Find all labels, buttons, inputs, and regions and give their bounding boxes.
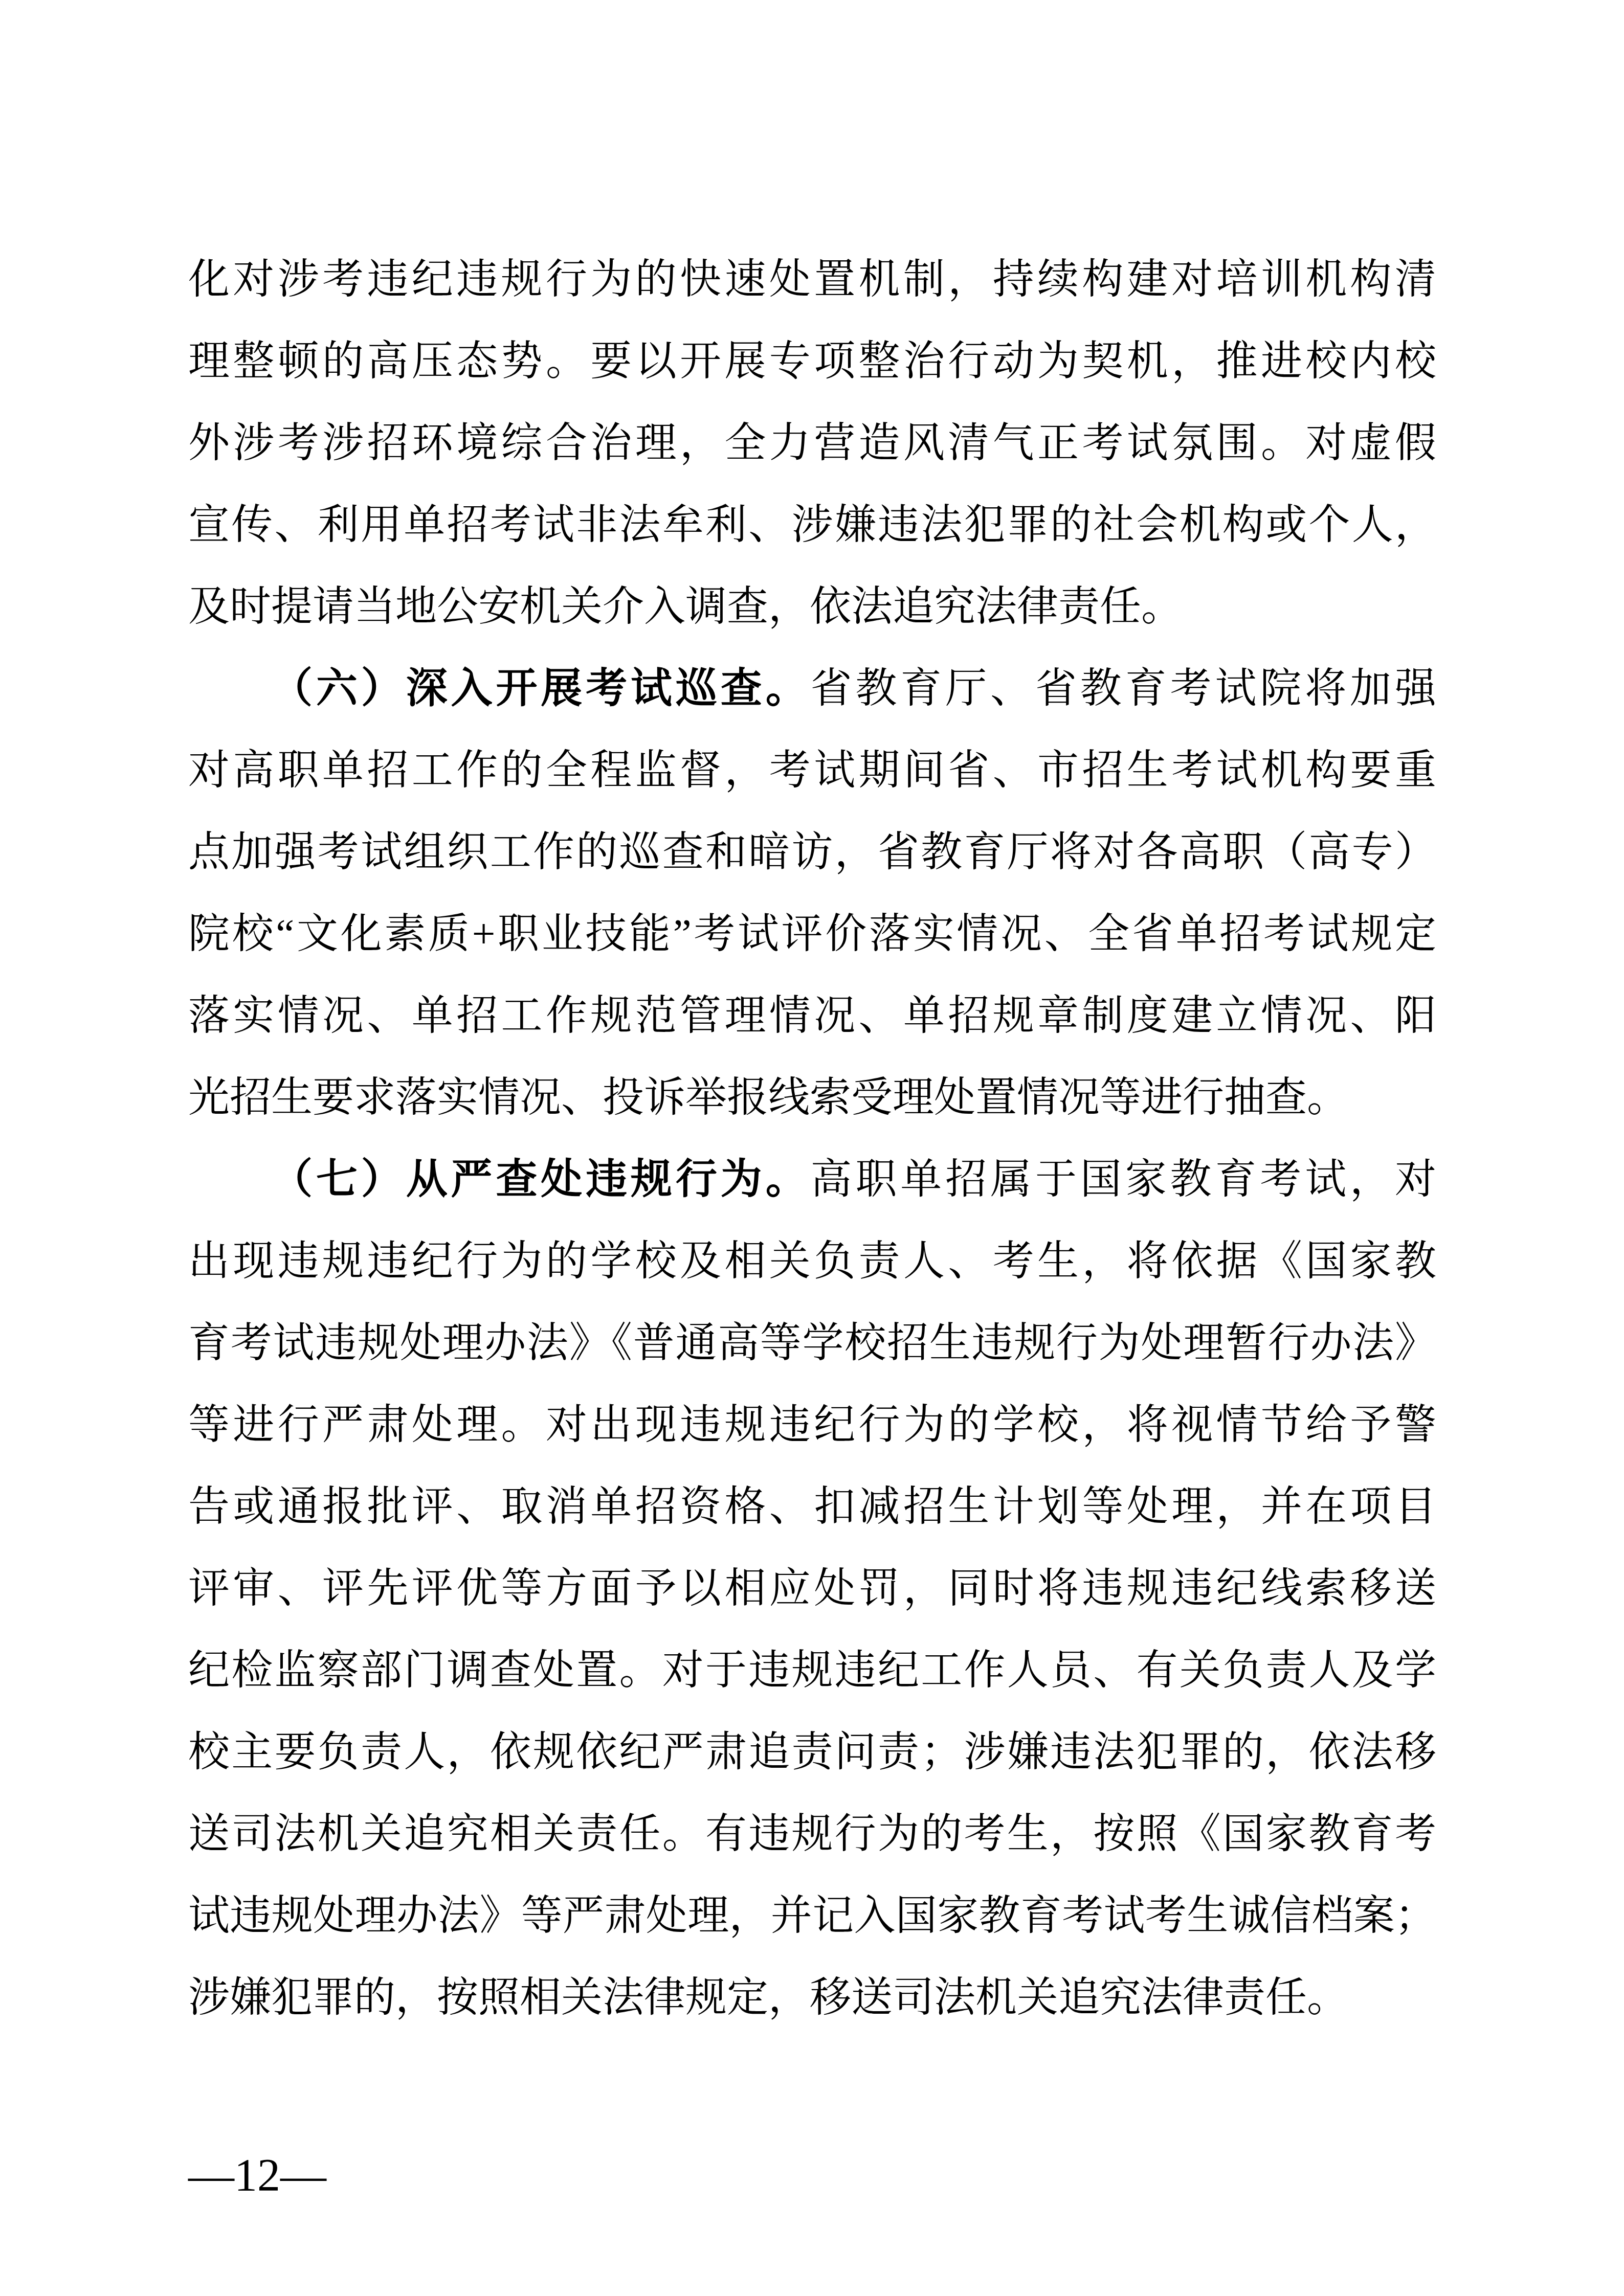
text-line: 外涉考涉招环境综合治理，全力营造风清气正考试氛围。对虚假 [188, 402, 1436, 484]
paragraph-lead-text: （六）深入开展考试巡查。 [271, 665, 811, 711]
text-line: （六）深入开展考试巡查。省教育厅、省教育考试院将加强 [188, 647, 1436, 729]
text-line: 及时提请当地公安机关介入调查，依法追究法律责任。 [188, 566, 1436, 647]
text-line: 光招生要求落实情况、投诉举报线索受理处置情况等进行抽查。 [188, 1056, 1436, 1138]
text-line: 纪检监察部门调查处置。对于违规违纪工作人员、有关负责人及学 [188, 1629, 1436, 1711]
paragraph-text: 送司法机关追究相关责任。有违规行为的考生，按照《国家教育考 [188, 1811, 1436, 1857]
paragraph-text: 省教育厅、省教育考试院将加强 [811, 665, 1436, 711]
text-line: 送司法机关追究相关责任。有违规行为的考生，按照《国家教育考 [188, 1793, 1436, 1875]
document-body: 化对涉考违纪违规行为的快速处置机制，持续构建对培训机构清理整顿的高压态势。要以开… [188, 238, 1436, 2038]
document-page: 化对涉考违纪违规行为的快速处置机制，持续构建对培训机构清理整顿的高压态势。要以开… [0, 0, 1624, 2296]
text-line: 试违规处理办法》等严肃处理，并记入国家教育考试考生诚信档案； [188, 1875, 1436, 1956]
paragraph-text: 理整顿的高压态势。要以开展专项整治行动为契机，推进校内校 [188, 338, 1436, 384]
paragraph-text: 化对涉考违纪违规行为的快速处置机制，持续构建对培训机构清 [188, 256, 1436, 302]
paragraph-text: 外涉考涉招环境综合治理，全力营造风清气正考试氛围。对虚假 [188, 420, 1436, 466]
paragraph-text: 育考试违规处理办法》《普通高等学校招生违规行为处理暂行办法》 [188, 1320, 1436, 1366]
paragraph-text: 告或通报批评、取消单招资格、扣减招生计划等处理，并在项目 [188, 1483, 1436, 1529]
text-line: （七）从严查处违规行为。高职单招属于国家教育考试，对 [188, 1138, 1436, 1220]
page-number: —12— [188, 2140, 326, 2212]
paragraph-text: 宣传、利用单招考试非法牟利、涉嫌违法犯罪的社会机构或个人， [188, 502, 1436, 548]
text-line: 点加强考试组织工作的巡查和暗访，省教育厅将对各高职（高专） [188, 811, 1436, 893]
text-line: 校主要负责人，依规依纪严肃追责问责；涉嫌违法犯罪的，依法移 [188, 1711, 1436, 1793]
text-line: 出现违规违纪行为的学校及相关负责人、考生，将依据《国家教 [188, 1220, 1436, 1302]
text-line: 理整顿的高压态势。要以开展专项整治行动为契机，推进校内校 [188, 320, 1436, 402]
paragraph-text: 院校“文化素质+职业技能”考试评价落实情况、全省单招考试规定 [188, 911, 1436, 957]
paragraph-text: 点加强考试组织工作的巡查和暗访，省教育厅将对各高职（高专） [188, 829, 1436, 875]
text-line: 宣传、利用单招考试非法牟利、涉嫌违法犯罪的社会机构或个人， [188, 484, 1436, 566]
paragraph-text: 对高职单招工作的全程监督，考试期间省、市招生考试机构要重 [188, 747, 1436, 793]
paragraph-text: 评审、评先评优等方面予以相应处罚，同时将违规违纪线索移送 [188, 1565, 1436, 1611]
text-line: 化对涉考违纪违规行为的快速处置机制，持续构建对培训机构清 [188, 238, 1436, 320]
text-line: 告或通报批评、取消单招资格、扣减招生计划等处理，并在项目 [188, 1466, 1436, 1547]
paragraph-text: 高职单招属于国家教育考试，对 [811, 1156, 1436, 1202]
text-line: 育考试违规处理办法》《普通高等学校招生违规行为处理暂行办法》 [188, 1302, 1436, 1384]
text-line: 落实情况、单招工作规范管理情况、单招规章制度建立情况、阳 [188, 975, 1436, 1056]
paragraph-text: 等进行严肃处理。对出现违规违纪行为的学校，将视情节给予警 [188, 1402, 1436, 1448]
paragraph-text: 纪检监察部门调查处置。对于违规违纪工作人员、有关负责人及学 [188, 1647, 1436, 1693]
text-line: 对高职单招工作的全程监督，考试期间省、市招生考试机构要重 [188, 729, 1436, 811]
paragraph-lead-text: （七）从严查处违规行为。 [271, 1156, 811, 1202]
paragraph-text: 光招生要求落实情况、投诉举报线索受理处置情况等进行抽查。 [188, 1074, 1348, 1120]
paragraph-text: 校主要负责人，依规依纪严肃追责问责；涉嫌违法犯罪的，依法移 [188, 1729, 1436, 1775]
text-line: 评审、评先评优等方面予以相应处罚，同时将违规违纪线索移送 [188, 1547, 1436, 1629]
text-line: 等进行严肃处理。对出现违规违纪行为的学校，将视情节给予警 [188, 1384, 1436, 1466]
paragraph-text: 出现违规违纪行为的学校及相关负责人、考生，将依据《国家教 [188, 1238, 1436, 1284]
paragraph-text: 试违规处理办法》等严肃处理，并记入国家教育考试考生诚信档案； [188, 1893, 1436, 1939]
text-line: 涉嫌犯罪的，按照相关法律规定，移送司法机关追究法律责任。 [188, 1956, 1436, 2038]
paragraph-text: 落实情况、单招工作规范管理情况、单招规章制度建立情况、阳 [188, 993, 1436, 1039]
paragraph-text: 涉嫌犯罪的，按照相关法律规定，移送司法机关追究法律责任。 [188, 1974, 1348, 2020]
text-line: 院校“文化素质+职业技能”考试评价落实情况、全省单招考试规定 [188, 893, 1436, 975]
paragraph-text: 及时提请当地公安机关介入调查，依法追究法律责任。 [188, 583, 1183, 629]
